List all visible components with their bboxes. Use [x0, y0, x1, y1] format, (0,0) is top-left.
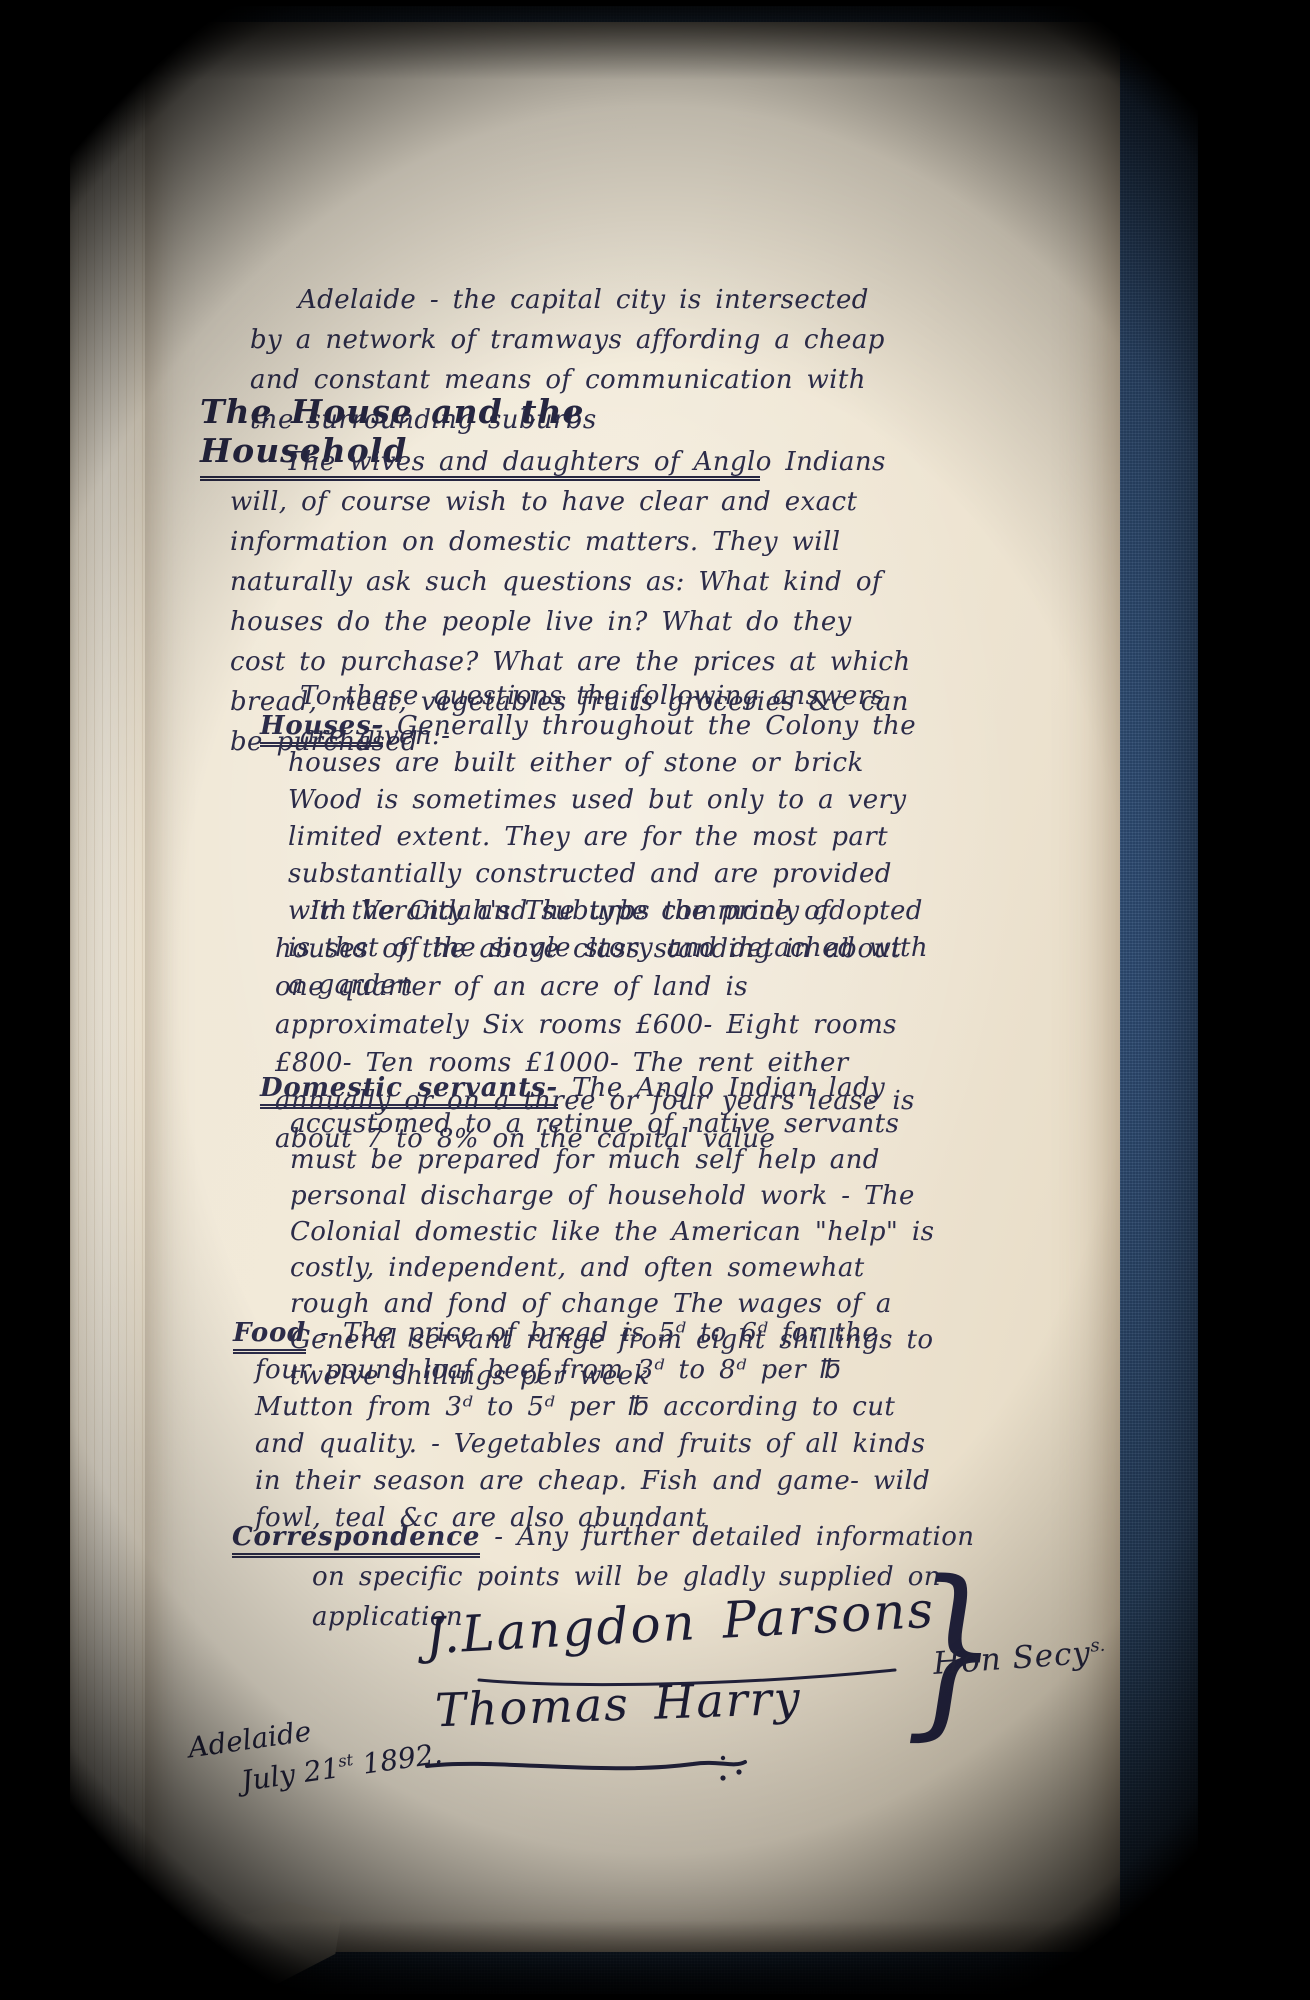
food-paragraph: Food- The price of bread is 5ᵈ to 6ᵈ for…	[233, 1315, 940, 1537]
dateline: Adelaide July 21st 1892.	[186, 1697, 444, 1805]
date-day: July 21	[239, 1751, 341, 1797]
manuscript-photo: { "colors": { "ink": "#2c2c49", "paper":…	[0, 0, 1310, 2000]
date-ordinal-superscript: st	[337, 1750, 354, 1771]
signature-flourish-harry	[423, 1750, 783, 1784]
houses-label: Houses-	[260, 711, 383, 747]
signature-harry: Thomas Harry	[434, 1671, 802, 1738]
food-label: Food	[233, 1318, 306, 1354]
manuscript-page: Adelaide - the capital city is intersect…	[145, 22, 1120, 1952]
hon-secys-superscript: s.	[1090, 1635, 1106, 1657]
correspondence-label: Correspondence	[232, 1522, 480, 1558]
domestic-servants-label: Domestic servants-	[260, 1073, 558, 1109]
food-text: - The price of bread is 5ᵈ to 6ᵈ for the…	[255, 1318, 930, 1533]
